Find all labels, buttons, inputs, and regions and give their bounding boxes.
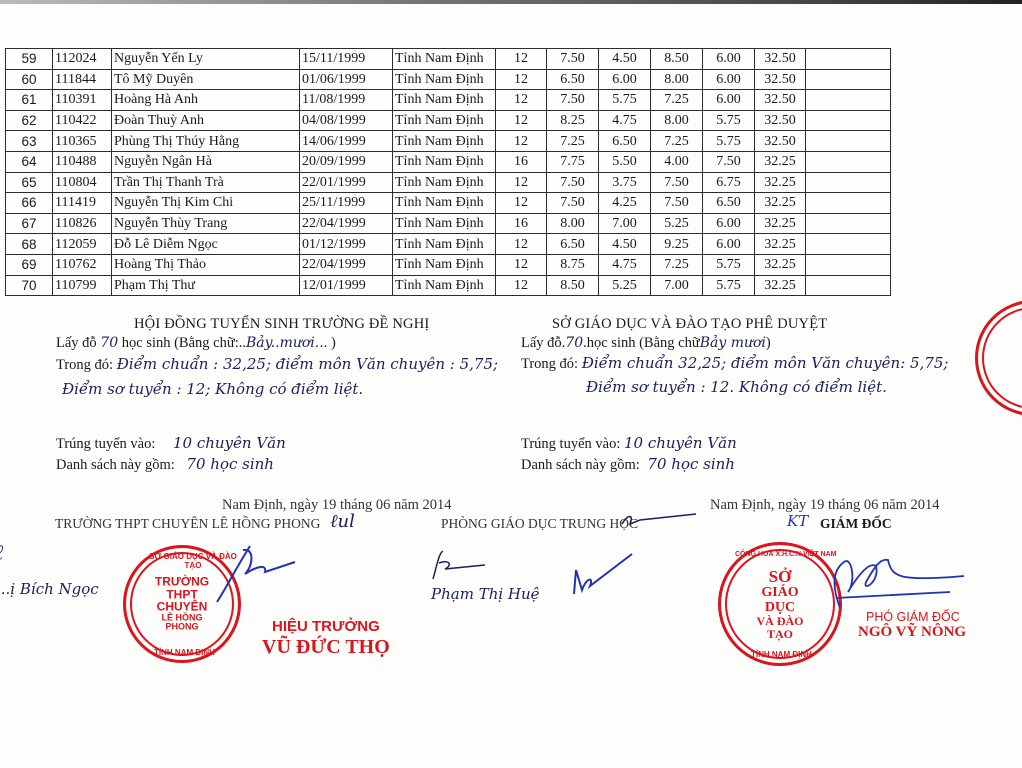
cell-note xyxy=(806,254,891,275)
cell-s3: 7.25 xyxy=(651,90,703,111)
cell-stt: 61 xyxy=(6,90,53,111)
cell-school: 12 xyxy=(496,193,547,214)
cell-total: 32.25 xyxy=(755,275,806,296)
cell-sbd: 110762 xyxy=(53,254,112,275)
cell-sbd: 110488 xyxy=(53,151,112,172)
cell-s2: 6.50 xyxy=(599,131,651,152)
dept-org: PHÒNG GIÁO DỤC TRUNG HỌC xyxy=(441,516,638,532)
cell-stt: 70 xyxy=(6,275,53,296)
cell-dob: 11/08/1999 xyxy=(300,90,393,111)
cell-s3: 8.50 xyxy=(651,49,703,70)
cell-sbd: 110365 xyxy=(53,131,112,152)
partial-stamp-edge xyxy=(975,300,1022,416)
council-detail-handwritten-2: Điểm sơ tuyển : 12; Không có điểm liệt. xyxy=(62,380,363,398)
cell-dob: 14/06/1999 xyxy=(300,131,393,152)
cell-stt: 63 xyxy=(6,131,53,152)
admit-count-handwritten: 70 xyxy=(100,335,118,351)
count-label: Danh sách này gồm: xyxy=(56,457,175,473)
cell-dob: 01/06/1999 xyxy=(300,69,393,90)
detail-handwritten-1: Điểm chuẩn 32,25; điểm môn Văn chuyên: 5… xyxy=(582,354,949,372)
cell-school: 12 xyxy=(496,69,547,90)
cell-note xyxy=(806,213,891,234)
cell-total: 32.25 xyxy=(755,254,806,275)
admit-suffix: ) xyxy=(766,335,771,351)
cell-s3: 9.25 xyxy=(651,234,703,255)
table-row: 60111844Tô Mỹ Duyên01/06/1999Tỉnh Nam Đị… xyxy=(6,69,891,90)
cell-s4: 6.75 xyxy=(703,172,755,193)
cell-total: 32.25 xyxy=(755,172,806,193)
cell-dob: 20/09/1999 xyxy=(300,151,393,172)
count-label: Danh sách này gồm: xyxy=(521,457,640,473)
cell-school: 12 xyxy=(496,49,547,70)
director-org: GIÁM ĐỐC xyxy=(820,516,892,532)
detail-handwritten-1: Điểm chuẩn : 32,25; điểm môn Văn chuyên … xyxy=(117,355,498,373)
cell-s2: 4.25 xyxy=(599,193,651,214)
cell-s4: 7.50 xyxy=(703,151,755,172)
cell-note xyxy=(806,131,891,152)
principal-name: VŨ ĐỨC THỌ xyxy=(262,636,390,659)
dept-count-line: Danh sách này gồm: 70 học sinh xyxy=(521,455,735,474)
cell-s4: 5.75 xyxy=(703,275,755,296)
deputy-director-title: PHÓ GIÁM ĐỐC xyxy=(866,610,960,624)
cell-sbd: 110422 xyxy=(53,110,112,131)
admit-middle: .học sinh (Bằng chữ xyxy=(583,335,700,351)
table-row: 70110799Phạm Thị Thư12/01/1999Tỉnh Nam Đ… xyxy=(6,275,891,296)
cell-s1: 7.50 xyxy=(547,193,599,214)
cell-note xyxy=(806,172,891,193)
class-value-handwritten: 10 chuyên Văn xyxy=(173,434,286,452)
left-signer-name-handwritten: ...ị Bích Ngọc xyxy=(0,580,99,598)
cell-total: 32.25 xyxy=(755,151,806,172)
cell-note xyxy=(806,69,891,90)
cell-place: Tỉnh Nam Định xyxy=(393,69,496,90)
table-row: 68112059Đỗ Lê Diễm Ngọc01/12/1999Tỉnh Na… xyxy=(6,234,891,255)
cell-s3: 8.00 xyxy=(651,69,703,90)
cell-s3: 8.00 xyxy=(651,110,703,131)
cell-total: 32.50 xyxy=(755,90,806,111)
cell-note xyxy=(806,275,891,296)
cell-stt: 69 xyxy=(6,254,53,275)
cell-school: 12 xyxy=(496,131,547,152)
cell-dob: 22/01/1999 xyxy=(300,172,393,193)
cell-name: Trần Thị Thanh Trà xyxy=(112,172,300,193)
dept-signer-signature xyxy=(425,545,495,585)
school-initial-signature: ℓul xyxy=(330,511,355,532)
table-row: 69110762Hoàng Thị Thảo22/04/1999Tỉnh Nam… xyxy=(6,254,891,275)
cell-sbd: 110826 xyxy=(53,213,112,234)
cell-s1: 6.50 xyxy=(547,69,599,90)
cell-s2: 5.75 xyxy=(599,90,651,111)
principal-signature xyxy=(195,540,305,610)
cell-name: Đoàn Thuỳ Anh xyxy=(112,110,300,131)
cell-place: Tỉnh Nam Định xyxy=(393,90,496,111)
council-class-line: Trúng tuyển vào: 10 chuyên Văn xyxy=(56,434,286,453)
cell-dob: 04/08/1999 xyxy=(300,110,393,131)
cell-place: Tỉnh Nam Định xyxy=(393,151,496,172)
cell-s3: 7.00 xyxy=(651,275,703,296)
table-row: 65110804Trần Thị Thanh Trà22/01/1999Tỉnh… xyxy=(6,172,891,193)
reviewer-signature xyxy=(568,552,638,602)
cell-s2: 4.75 xyxy=(599,110,651,131)
cell-s2: 6.00 xyxy=(599,69,651,90)
cell-total: 32.25 xyxy=(755,213,806,234)
cell-s1: 7.50 xyxy=(547,172,599,193)
cell-total: 32.50 xyxy=(755,110,806,131)
cell-place: Tỉnh Nam Định xyxy=(393,254,496,275)
stamp-line: LÊ HỒNG PHONG xyxy=(154,613,210,632)
cell-s1: 6.50 xyxy=(547,234,599,255)
count-value-handwritten: 70 học sinh xyxy=(186,455,274,473)
cell-s1: 7.25 xyxy=(547,131,599,152)
cell-s1: 8.50 xyxy=(547,275,599,296)
cell-place: Tỉnh Nam Định xyxy=(393,193,496,214)
cell-s2: 4.50 xyxy=(599,234,651,255)
cell-note xyxy=(806,90,891,111)
cell-sbd: 110799 xyxy=(53,275,112,296)
cell-school: 12 xyxy=(496,90,547,111)
dept-admit-line: Lấy đỗ.70.học sinh (Bằng chữBảy mươi) xyxy=(521,335,771,352)
cell-s1: 7.50 xyxy=(547,49,599,70)
left-signature-scribble: ℓ xyxy=(0,540,3,566)
cell-note xyxy=(806,49,891,70)
council-count-line: Danh sách này gồm: 70 học sinh xyxy=(56,455,274,474)
cell-place: Tỉnh Nam Định xyxy=(393,275,496,296)
admit-middle: học sinh (Bằng chữ:.. xyxy=(122,335,246,351)
table-row: 66111419Nguyễn Thị Kim Chi25/11/1999Tỉnh… xyxy=(6,193,891,214)
detail-label: Trong đó: xyxy=(521,356,578,372)
cell-dob: 25/11/1999 xyxy=(300,193,393,214)
council-heading: HỘI ĐỒNG TUYỂN SINH TRƯỜNG ĐỀ NGHỊ xyxy=(134,316,429,333)
admit-prefix: Lấy đỗ. xyxy=(521,335,565,351)
cell-sbd: 111419 xyxy=(53,193,112,214)
cell-s3: 7.50 xyxy=(651,172,703,193)
cell-sbd: 110391 xyxy=(53,90,112,111)
council-detail-line1: Trong đó: Điểm chuẩn : 32,25; điểm môn V… xyxy=(56,355,498,374)
cell-s3: 7.25 xyxy=(651,254,703,275)
cell-total: 32.25 xyxy=(755,193,806,214)
cell-school: 16 xyxy=(496,151,547,172)
cell-s4: 5.75 xyxy=(703,110,755,131)
cell-name: Hoàng Thị Thảo xyxy=(112,254,300,275)
cell-name: Phạm Thị Thư xyxy=(112,275,300,296)
cell-sbd: 110804 xyxy=(53,172,112,193)
cell-s2: 5.50 xyxy=(599,151,651,172)
admit-words-handwritten: Bảy..mươi.. xyxy=(246,335,324,351)
cell-s4: 6.00 xyxy=(703,49,755,70)
table-row: 64110488Nguyễn Ngân Hà20/09/1999Tỉnh Nam… xyxy=(6,151,891,172)
table-row: 63110365Phùng Thị Thúy Hằng14/06/1999Tỉn… xyxy=(6,131,891,152)
kt-handwritten: KT xyxy=(787,512,808,530)
cell-name: Nguyễn Thùy Trang xyxy=(112,213,300,234)
cell-s2: 7.00 xyxy=(599,213,651,234)
dept-detail-handwritten-2: Điểm sơ tuyển : 12. Không có điểm liệt. xyxy=(586,378,887,396)
cell-s4: 5.75 xyxy=(703,254,755,275)
deputy-director-name: NGÔ VỸ NÔNG xyxy=(858,624,966,641)
table-row: 61110391Hoàng Hà Anh11/08/1999Tỉnh Nam Đ… xyxy=(6,90,891,111)
cell-s1: 8.75 xyxy=(547,254,599,275)
cell-place: Tỉnh Nam Định xyxy=(393,234,496,255)
cell-note xyxy=(806,234,891,255)
table-row: 59112024Nguyễn Yến Ly15/11/1999Tỉnh Nam … xyxy=(6,49,891,70)
cell-s4: 6.50 xyxy=(703,193,755,214)
admit-prefix: Lấy đỗ xyxy=(56,335,97,351)
table-row: 67110826Nguyễn Thùy Trang22/04/1999Tỉnh … xyxy=(6,213,891,234)
cell-total: 32.50 xyxy=(755,131,806,152)
cell-total: 32.25 xyxy=(755,234,806,255)
dept-initial-signature xyxy=(620,510,700,530)
cell-place: Tỉnh Nam Định xyxy=(393,110,496,131)
cell-stt: 60 xyxy=(6,69,53,90)
director-date: Nam Định, ngày 19 tháng 06 năm 2014 xyxy=(710,497,940,514)
dept-detail-line1: Trong đó: Điểm chuẩn 32,25; điểm môn Văn… xyxy=(521,354,948,373)
cell-s3: 7.50 xyxy=(651,193,703,214)
detail-label: Trong đó: xyxy=(56,357,113,373)
cell-school: 12 xyxy=(496,172,547,193)
cell-name: Tô Mỹ Duyên xyxy=(112,69,300,90)
cell-school: 12 xyxy=(496,110,547,131)
table-row: 62110422Đoàn Thuỳ Anh04/08/1999Tỉnh Nam … xyxy=(6,110,891,131)
stamp-ring-bottom: TỈNH NAM ĐỊNH xyxy=(154,648,215,657)
cell-place: Tỉnh Nam Định xyxy=(393,172,496,193)
cell-stt: 65 xyxy=(6,172,53,193)
cell-s4: 6.00 xyxy=(703,213,755,234)
cell-stt: 68 xyxy=(6,234,53,255)
cell-name: Đỗ Lê Diễm Ngọc xyxy=(112,234,300,255)
class-label: Trúng tuyển vào: xyxy=(521,436,620,452)
cell-dob: 01/12/1999 xyxy=(300,234,393,255)
cell-place: Tỉnh Nam Định xyxy=(393,49,496,70)
cell-total: 32.50 xyxy=(755,49,806,70)
cell-note xyxy=(806,193,891,214)
council-admit-line: Lấy đỗ 70 học sinh (Bằng chữ:..Bảy..mươi… xyxy=(56,335,336,352)
cell-total: 32.50 xyxy=(755,69,806,90)
cell-s1: 8.00 xyxy=(547,213,599,234)
cell-dob: 22/04/1999 xyxy=(300,213,393,234)
cell-dob: 22/04/1999 xyxy=(300,254,393,275)
cell-name: Nguyễn Thị Kim Chi xyxy=(112,193,300,214)
cell-sbd: 111844 xyxy=(53,69,112,90)
cell-school: 12 xyxy=(496,234,547,255)
cell-s3: 7.25 xyxy=(651,131,703,152)
scan-top-edge xyxy=(0,0,1022,4)
cell-s1: 7.75 xyxy=(547,151,599,172)
cell-s1: 7.50 xyxy=(547,90,599,111)
cell-stt: 66 xyxy=(6,193,53,214)
dept-class-line: Trúng tuyển vào: 10 chuyên Văn xyxy=(521,434,737,453)
admit-count-handwritten: 70 xyxy=(565,335,583,351)
cell-name: Nguyễn Yến Ly xyxy=(112,49,300,70)
class-label: Trúng tuyển vào: xyxy=(56,436,155,452)
cell-dob: 15/11/1999 xyxy=(300,49,393,70)
cell-stt: 67 xyxy=(6,213,53,234)
cell-place: Tỉnh Nam Định xyxy=(393,131,496,152)
cell-stt: 59 xyxy=(6,49,53,70)
stamp-ring-bottom: TỈNH NAM ĐỊNH xyxy=(751,650,812,659)
cell-sbd: 112024 xyxy=(53,49,112,70)
school-org: TRƯỜNG THPT CHUYÊN LÊ HỒNG PHONG xyxy=(55,516,320,532)
cell-stt: 62 xyxy=(6,110,53,131)
cell-place: Tỉnh Nam Định xyxy=(393,213,496,234)
cell-s4: 6.00 xyxy=(703,90,755,111)
principal-title: HIỆU TRƯỞNG xyxy=(272,618,380,635)
cell-s3: 5.25 xyxy=(651,213,703,234)
cell-s4: 5.75 xyxy=(703,131,755,152)
cell-dob: 12/01/1999 xyxy=(300,275,393,296)
cell-s2: 4.75 xyxy=(599,254,651,275)
cell-s2: 5.25 xyxy=(599,275,651,296)
cell-note xyxy=(806,110,891,131)
cell-s4: 6.00 xyxy=(703,69,755,90)
results-table: 59112024Nguyễn Yến Ly15/11/1999Tỉnh Nam … xyxy=(5,48,891,296)
admit-words-handwritten: Bảy mươi xyxy=(700,335,766,351)
cell-school: 12 xyxy=(496,254,547,275)
cell-s2: 4.50 xyxy=(599,49,651,70)
cell-note xyxy=(806,151,891,172)
cell-school: 12 xyxy=(496,275,547,296)
cell-s1: 8.25 xyxy=(547,110,599,131)
cell-name: Phùng Thị Thúy Hằng xyxy=(112,131,300,152)
cell-s3: 4.00 xyxy=(651,151,703,172)
dept-signer-name-handwritten: Phạm Thị Huệ xyxy=(431,585,540,603)
cell-sbd: 112059 xyxy=(53,234,112,255)
count-value-handwritten: 70 học sinh xyxy=(647,455,735,473)
cell-name: Hoàng Hà Anh xyxy=(112,90,300,111)
cell-stt: 64 xyxy=(6,151,53,172)
cell-s4: 6.00 xyxy=(703,234,755,255)
cell-name: Nguyễn Ngân Hà xyxy=(112,151,300,172)
class-value-handwritten: 10 chuyên Văn xyxy=(624,434,737,452)
cell-s2: 3.75 xyxy=(599,172,651,193)
cell-school: 16 xyxy=(496,213,547,234)
dept-heading: SỞ GIÁO DỤC VÀ ĐÀO TẠO PHÊ DUYỆT xyxy=(552,316,827,333)
admit-suffix: . ) xyxy=(324,335,336,351)
